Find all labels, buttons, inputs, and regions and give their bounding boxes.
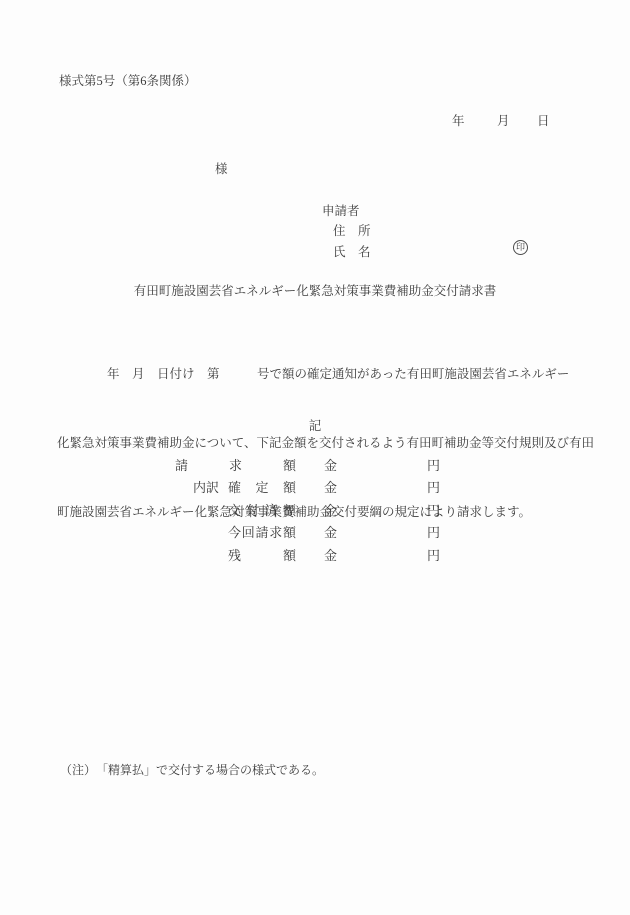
table-row-kofuzumigaku: 交付済額 金 円 <box>0 500 630 522</box>
currency-prefix: 金 <box>324 522 337 541</box>
row-label: 交付済額 <box>228 500 296 519</box>
currency-unit: 円 <box>427 500 440 519</box>
body-line: 化緊急対策事業費補助金について、下記金額を交付されるよう有田町補助金等交付規則及… <box>57 432 579 455</box>
row-group-label: 内訳 <box>193 477 219 496</box>
currency-prefix: 金 <box>324 477 337 496</box>
table-row-konkaiseikyugaku: 今回請求額 金 円 <box>0 522 630 544</box>
currency-prefix: 金 <box>324 545 337 564</box>
table-row-zangaku: 残額 金 円 <box>0 545 630 567</box>
table-row-seikyugaku: 請求額 金 円 <box>0 455 630 477</box>
currency-prefix: 金 <box>324 500 337 519</box>
currency-prefix: 金 <box>324 455 337 474</box>
body-line: 年 月 日付け 第 号で額の確定通知があった有田町施設園芸省エネルギー <box>57 363 579 386</box>
footnote: （注） 「精算払」で交付する場合の様式である。 <box>60 761 324 778</box>
amount-table: 請求額 金 円 内訳 確定額 金 円 交付済額 金 円 今回請求額 金 円 残額… <box>0 455 630 567</box>
table-row-kakuteigaku: 内訳 確定額 金 円 <box>0 477 630 499</box>
currency-unit: 円 <box>427 545 440 564</box>
form-number: 様式第5号（第6条関係） <box>59 71 197 89</box>
row-label: 請求額 <box>175 455 296 474</box>
row-label: 今回請求額 <box>228 522 296 541</box>
seal-mark-icon: 印 <box>513 240 528 255</box>
row-label: 確定額 <box>228 477 296 496</box>
applicant-name-label: 氏 名 <box>333 242 371 260</box>
date-day-label: 日 <box>537 111 550 129</box>
currency-unit: 円 <box>427 455 440 474</box>
document-page: 様式第5号（第6条関係） 年 月 日 様 申請者 住 所 氏 名 印 有田町施設… <box>0 0 630 915</box>
date-month-label: 月 <box>497 111 510 129</box>
row-label: 残額 <box>228 545 296 564</box>
currency-unit: 円 <box>427 522 440 541</box>
applicant-heading: 申請者 <box>322 201 360 219</box>
date-line: 年 月 日 <box>452 111 562 127</box>
applicant-address-label: 住 所 <box>333 221 371 239</box>
addressee-suffix: 様 <box>215 159 228 177</box>
currency-unit: 円 <box>427 477 440 496</box>
date-year-label: 年 <box>452 111 465 129</box>
section-heading-ki: 記 <box>0 416 630 434</box>
document-title: 有田町施設園芸省エネルギー化緊急対策事業費補助金交付請求書 <box>0 281 630 299</box>
